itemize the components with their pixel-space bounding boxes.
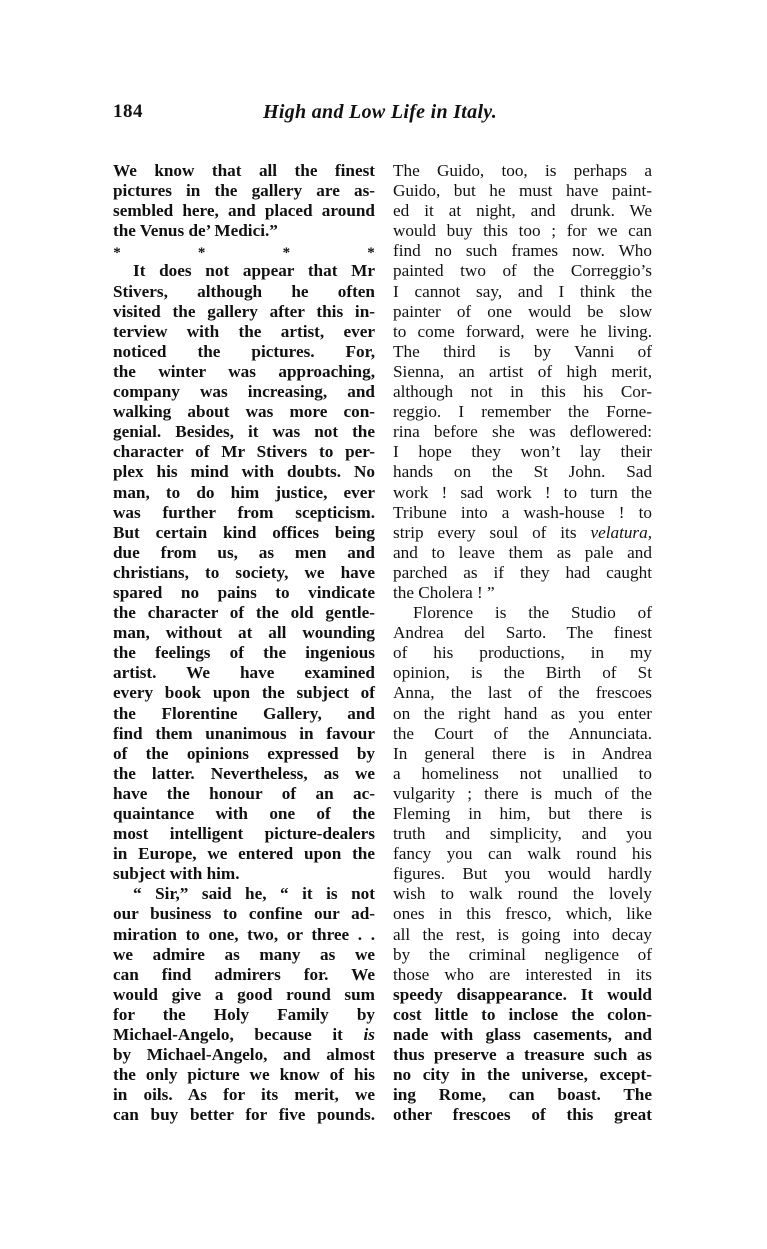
text-line: It does not appear that Mr [113,261,375,281]
book-page: 184 High and Low Life in Italy. We know … [0,0,767,1249]
text-line: the latter. Nevertheless, as we [113,764,375,784]
text-line: terview with the artist, ever [113,322,375,342]
text-line-with-italic: Michael-Angelo, because it is [113,1025,375,1045]
text-line: the Court of the Annunciata. [393,724,652,744]
text-line: vulgarity ; there is much of the [393,784,652,804]
text-line: would buy this too ; for we can [393,221,652,241]
text-line: find them unanimous in favour [113,724,375,744]
text-line: other frescoes of this great [393,1105,652,1125]
asterisk-icon: * [367,241,375,261]
running-title: High and Low Life in Italy. [263,101,497,124]
text-line: all the rest, is going into decay [393,925,652,945]
text-line: the Cholera ! ” [393,583,652,603]
asterism-separator: * * * * [113,241,375,261]
text-line: cost little to inclose the colon- [393,1005,652,1025]
text-line: I hope they won’t lay their [393,442,652,462]
text-line: to come forward, were he living. [393,322,652,342]
text-line: plex his mind with doubts. No [113,462,375,482]
text-line: of the opinions expressed by [113,744,375,764]
text-line: quaintance with one of the [113,804,375,824]
text-line: The third is by Vanni of [393,342,652,362]
text-line: Sienna, an artist of high merit, [393,362,652,382]
italic-word: is [364,1025,375,1044]
text-line: work ! sad work ! to turn the [393,483,652,503]
text-line: But certain kind offices being [113,523,375,543]
text-line: ing Rome, can boast. The [393,1085,652,1105]
text-line: ed it at night, and drunk. We [393,201,652,221]
text-line: parched as if they had caught [393,563,652,583]
text-line: speedy disappearance. It would [393,985,652,1005]
text-line: no city in the universe, except- [393,1065,652,1085]
text-line: in oils. As for its merit, we [113,1085,375,1105]
text-line: pictures in the gallery are as- [113,181,375,201]
text-line: find no such frames now. Who [393,241,652,261]
text-line: was further from scepticism. [113,503,375,523]
text-line: and to leave them as pale and [393,543,652,563]
text-line: walking about was more con- [113,402,375,422]
text-line: we admire as many as we [113,945,375,965]
text-line: noticed the pictures. For, [113,342,375,362]
page-number: 184 [113,101,143,123]
text-fragment: Michael-Angelo, because it [113,1025,343,1044]
text-line: most intelligent picture-dealers [113,824,375,844]
text-line: We know that all the finest [113,161,375,181]
text-line: fancy you can walk round his [393,844,652,864]
text-line: a homeliness not unallied to [393,764,652,784]
text-line: Stivers, although he often [113,282,375,302]
text-line: character of Mr Stivers to per- [113,442,375,462]
text-line: Guido, but he must have paint- [393,181,652,201]
text-line: spared no pains to vindicate [113,583,375,603]
text-line: although not in this his Cor- [393,382,652,402]
text-line: “ Sir,” said he, “ it is not [113,884,375,904]
text-line: I cannot say, and I think the [393,282,652,302]
text-line: by the criminal negligence of [393,945,652,965]
italic-word: velatura, [590,523,652,542]
text-line: thus preserve a treasure such as [393,1045,652,1065]
text-line: christians, to society, we have [113,563,375,583]
text-line: truth and simplicity, and you [393,824,652,844]
text-line: nade with glass casements, and [393,1025,652,1045]
text-line: on the right hand as you enter [393,704,652,724]
text-line: would give a good round sum [113,985,375,1005]
text-line: Fleming in him, but there is [393,804,652,824]
text-line: our business to confine our ad- [113,904,375,924]
text-line: of his productions, in my [393,643,652,663]
text-line: company was increasing, and [113,382,375,402]
text-line: subject with him. [113,864,375,884]
text-line: sembled here, and placed around [113,201,375,221]
text-line: miration to one, two, or three . . [113,925,375,945]
text-line: the winter was approaching, [113,362,375,382]
text-line: the Venus de’ Medici.” [113,221,375,241]
text-line: due from us, as men and [113,543,375,563]
text-line: man, to do him justice, ever [113,483,375,503]
left-column: We know that all the finest pictures in … [113,161,375,1126]
running-head: 184 High and Low Life in Italy. [113,101,653,125]
text-line: wish to walk round the lovely [393,884,652,904]
asterisk-icon: * [198,241,206,261]
text-line: can buy better for five pounds. [113,1105,375,1125]
text-line: for the Holy Family by [113,1005,375,1025]
text-line-with-italic: strip every soul of its velatura, [393,523,652,543]
text-line: Tribune into a wash-house ! to [393,503,652,523]
text-line: Florence is the Studio of [393,603,652,623]
text-line: the character of the old gentle- [113,603,375,623]
text-fragment: strip every soul of its [393,523,577,542]
text-line: In general there is in Andrea [393,744,652,764]
text-line: ones in this fresco, which, like [393,904,652,924]
text-line: those who are interested in its [393,965,652,985]
text-line: painter of one would be slow [393,302,652,322]
text-line: the feelings of the ingenious [113,643,375,663]
text-line: visited the gallery after this in- [113,302,375,322]
text-line: the Florentine Gallery, and [113,704,375,724]
text-line: genial. Besides, it was not the [113,422,375,442]
text-line: reggio. I remember the Forne- [393,402,652,422]
text-line: opinion, is the Birth of St [393,663,652,683]
text-line: The Guido, too, is perhaps a [393,161,652,181]
text-line: every book upon the subject of [113,683,375,703]
right-column: The Guido, too, is perhaps a Guido, but … [393,161,652,1126]
text-line: rina before she was deflowered: [393,422,652,442]
asterisk-icon: * [282,241,290,261]
text-line: by Michael-Angelo, and almost [113,1045,375,1065]
text-line: figures. But you would hardly [393,864,652,884]
text-line: can find admirers for. We [113,965,375,985]
text-line: hands on the St John. Sad [393,462,652,482]
text-line: artist. We have examined [113,663,375,683]
text-line: man, without at all wounding [113,623,375,643]
text-line: Anna, the last of the frescoes [393,683,652,703]
text-line: in Europe, we entered upon the [113,844,375,864]
text-line: Andrea del Sarto. The finest [393,623,652,643]
text-line: the only picture we know of his [113,1065,375,1085]
text-line: painted two of the Correggio’s [393,261,652,281]
text-line: have the honour of an ac- [113,784,375,804]
asterisk-icon: * [113,241,121,261]
